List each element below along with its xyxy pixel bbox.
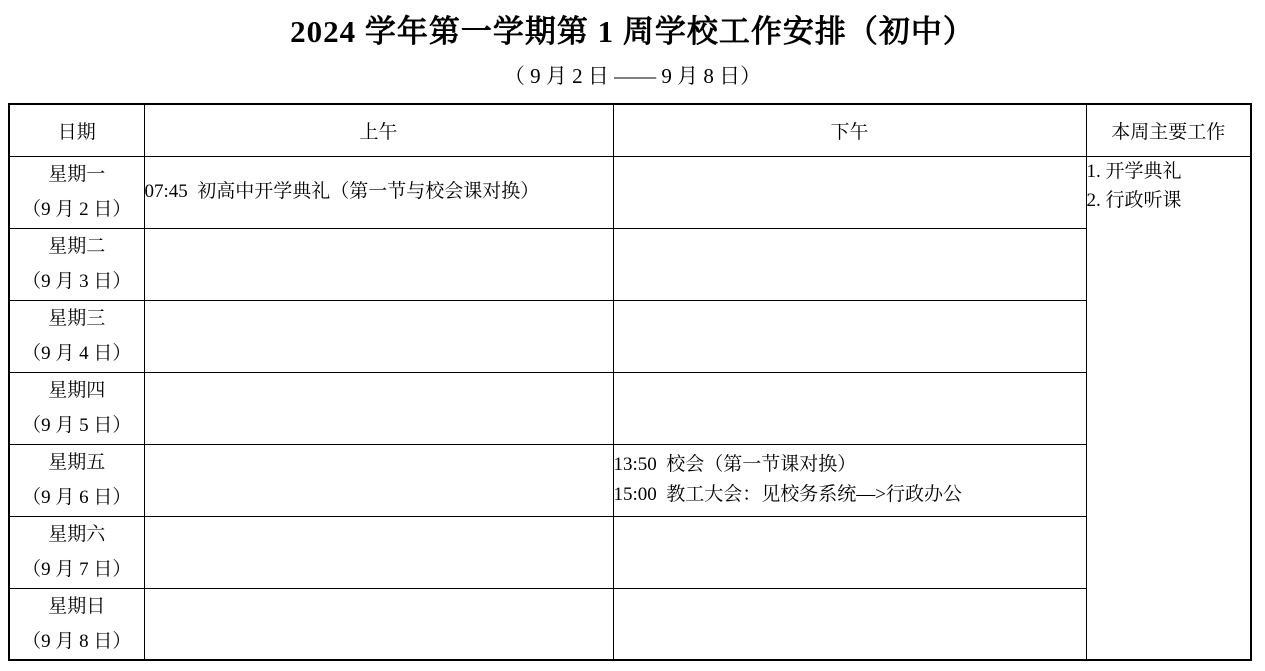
date-label: （9 月 7 日）: [10, 552, 144, 587]
day-label: 星期二: [10, 229, 144, 264]
date-cell: 星期一 （9 月 2 日）: [9, 156, 144, 228]
afternoon-cell: 13:50 校会（第一节课对换） 15:00 教工大会：见校务系统—>行政办公: [613, 444, 1086, 516]
page-title: 2024 学年第一学期第 1 周学校工作安排（初中）: [0, 6, 1265, 51]
day-label: 星期日: [10, 589, 144, 624]
day-label: 星期五: [10, 445, 144, 480]
page-subtitle: （ 9 月 2 日 —— 9 月 8 日）: [0, 60, 1265, 90]
afternoon-cell: [613, 372, 1086, 444]
weekly-work-item: 2. 行政听课: [1087, 186, 1251, 215]
table-row-thursday: 星期四 （9 月 5 日）: [9, 372, 1251, 444]
table-row-monday: 星期一 （9 月 2 日） 07:45 初高中开学典礼（第一节与校会课对换） 1…: [9, 156, 1251, 228]
header-morning: 上午: [144, 104, 613, 156]
date-cell: 星期日 （9 月 8 日）: [9, 588, 144, 660]
morning-cell: [144, 588, 613, 660]
morning-cell: [144, 300, 613, 372]
weekly-schedule-table: 日期 上午 下午 本周主要工作 星期一 （9 月 2 日） 07:45 初高中开…: [8, 103, 1252, 661]
afternoon-cell: [613, 156, 1086, 228]
morning-cell: 07:45 初高中开学典礼（第一节与校会课对换）: [144, 156, 613, 228]
date-label: （9 月 4 日）: [10, 336, 144, 371]
table-row-friday: 星期五 （9 月 6 日） 13:50 校会（第一节课对换） 15:00 教工大…: [9, 444, 1251, 516]
table-row-wednesday: 星期三 （9 月 4 日）: [9, 300, 1251, 372]
weekly-work-item: 1. 开学典礼: [1087, 157, 1251, 186]
afternoon-cell: [613, 516, 1086, 588]
date-label: （9 月 8 日）: [10, 624, 144, 659]
morning-cell: [144, 516, 613, 588]
document-page: 2024 学年第一学期第 1 周学校工作安排（初中） （ 9 月 2 日 —— …: [0, 0, 1265, 671]
day-label: 星期四: [10, 373, 144, 408]
date-cell: 星期二 （9 月 3 日）: [9, 228, 144, 300]
event-text: 15:00 教工大会：见校务系统—>行政办公: [614, 480, 1086, 510]
header-weekly-work: 本周主要工作: [1086, 104, 1251, 156]
event-text: 13:50 校会（第一节课对换）: [614, 450, 1086, 480]
weekly-work-cell: 1. 开学典礼 2. 行政听课: [1086, 156, 1251, 660]
date-cell: 星期四 （9 月 5 日）: [9, 372, 144, 444]
date-label: （9 月 2 日）: [10, 192, 144, 227]
afternoon-cell: [613, 300, 1086, 372]
table-header-row: 日期 上午 下午 本周主要工作: [9, 104, 1251, 156]
date-label: （9 月 6 日）: [10, 480, 144, 515]
date-label: （9 月 5 日）: [10, 408, 144, 443]
table-row-sunday: 星期日 （9 月 8 日）: [9, 588, 1251, 660]
morning-cell: [144, 372, 613, 444]
morning-cell: [144, 228, 613, 300]
date-cell: 星期五 （9 月 6 日）: [9, 444, 144, 516]
date-cell: 星期六 （9 月 7 日）: [9, 516, 144, 588]
header-afternoon: 下午: [613, 104, 1086, 156]
date-label: （9 月 3 日）: [10, 264, 144, 299]
table-row-saturday: 星期六 （9 月 7 日）: [9, 516, 1251, 588]
event-text: 07:45 初高中开学典礼（第一节与校会课对换）: [145, 177, 613, 207]
afternoon-cell: [613, 228, 1086, 300]
table-row-tuesday: 星期二 （9 月 3 日）: [9, 228, 1251, 300]
date-cell: 星期三 （9 月 4 日）: [9, 300, 144, 372]
day-label: 星期三: [10, 301, 144, 336]
header-date: 日期: [9, 104, 144, 156]
morning-cell: [144, 444, 613, 516]
afternoon-cell: [613, 588, 1086, 660]
day-label: 星期一: [10, 157, 144, 192]
day-label: 星期六: [10, 517, 144, 552]
